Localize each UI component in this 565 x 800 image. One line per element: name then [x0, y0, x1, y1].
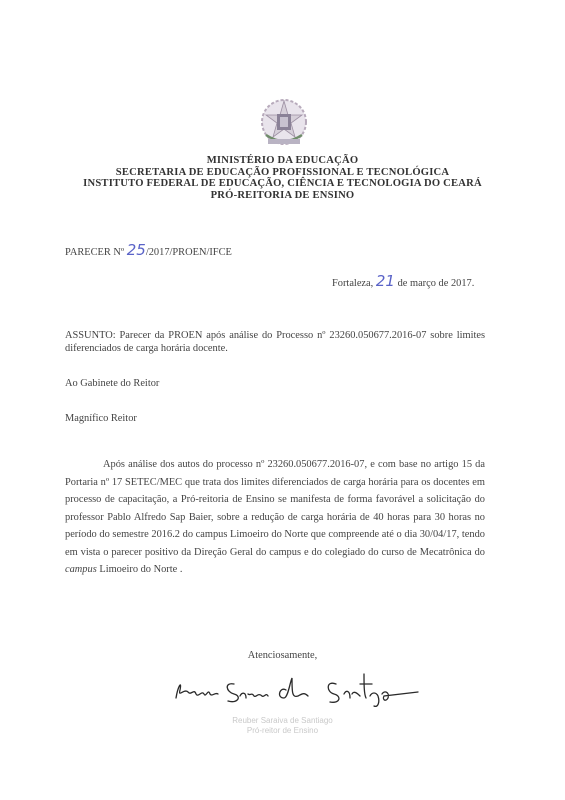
handwritten-number: 25: [127, 241, 146, 259]
closing: Atenciosamente,: [0, 650, 565, 661]
salutation: Magnífico Reitor: [65, 413, 137, 424]
signatory-title: Pró-reitor de Ensino: [0, 726, 565, 736]
date-city: Fortaleza,: [332, 278, 373, 289]
date-rest: de março de 2017.: [398, 278, 475, 289]
department-line: PRÓ-REITORIA DE ENSINO: [0, 190, 565, 202]
date-line: Fortaleza, 21 de março de 2017.: [332, 272, 474, 290]
handwritten-day: 21: [376, 272, 395, 290]
handwritten-signature: Reuber Saraiva de Santiago: [168, 668, 428, 712]
subject: ASSUNTO: Parecer da PROEN após análise d…: [65, 329, 485, 355]
letterhead: MINISTÉRIO DA EDUCAÇÃO SECRETARIA DE EDU…: [0, 155, 565, 201]
body-text-2: Limoeiro do Norte .: [97, 564, 183, 575]
ministry-line: MINISTÉRIO DA EDUCAÇÃO: [0, 155, 565, 167]
parecer-number: PARECER Nº 25/2017/PROEN/IFCE: [65, 241, 232, 259]
parecer-suffix: /2017/PROEN/IFCE: [146, 247, 232, 258]
signatory-name: Reuber Saraiva de Santiago: [0, 716, 565, 726]
signatory: Reuber Saraiva de Santiago Pró-reitor de…: [0, 716, 565, 736]
institute-line: INSTITUTO FEDERAL DE EDUCAÇÃO, CIÊNCIA E…: [0, 178, 565, 190]
addressee: Ao Gabinete do Reitor: [65, 378, 159, 389]
parecer-prefix: PARECER Nº: [65, 247, 124, 258]
body-text-1: Após análise dos autos do processo nº 23…: [65, 459, 485, 558]
body-text-italic: campus: [65, 564, 97, 575]
secretariat-line: SECRETARIA DE EDUCAÇÃO PROFISSIONAL E TE…: [0, 167, 565, 179]
body-paragraph: Após análise dos autos do processo nº 23…: [65, 456, 485, 579]
brazil-coat-of-arms-icon: [258, 95, 310, 150]
